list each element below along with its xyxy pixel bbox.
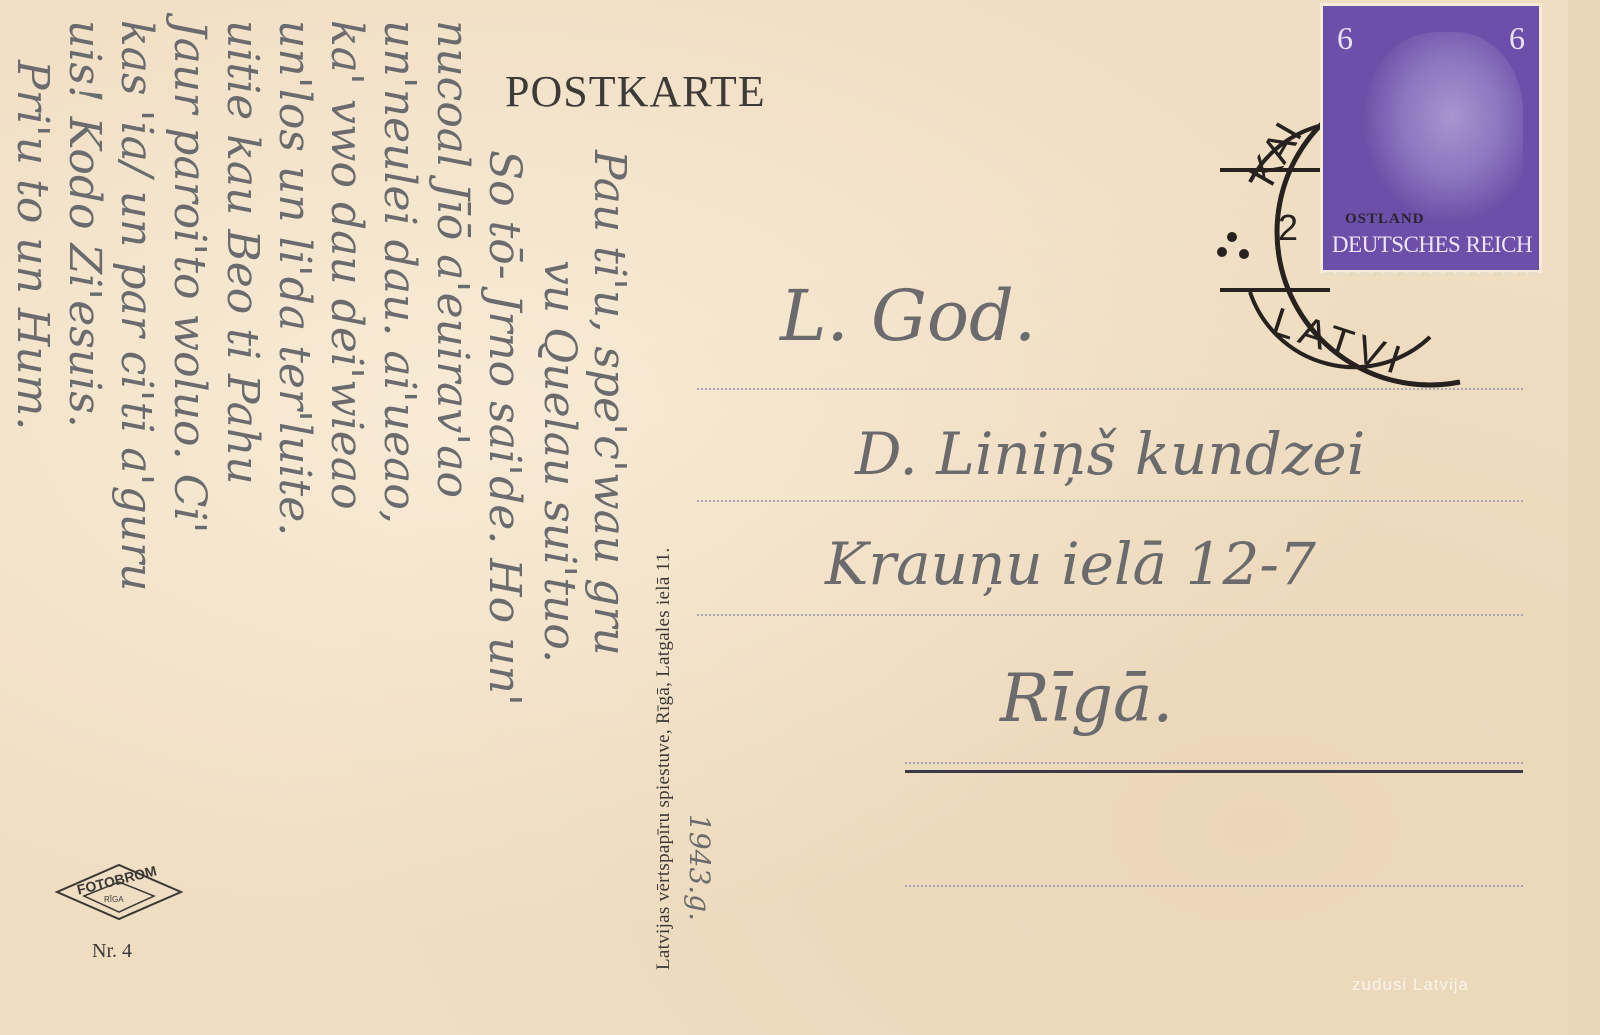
message-line: vu Quelau sui'tuo. — [534, 260, 585, 663]
stamp-value-right: 6 — [1509, 20, 1525, 57]
handwritten-date: 1943.g. — [683, 814, 716, 921]
message-line: Pri'u to un Hum. — [7, 60, 58, 430]
address-street: Krauņu ielā 12-7 — [825, 530, 1316, 598]
postmark-date: 2 — [1278, 207, 1298, 249]
publisher-logo: FOTOBROM RĪGA — [54, 862, 184, 922]
postcard-title: POSTKARTE — [505, 66, 766, 117]
stamp-perforation — [1323, 272, 1539, 282]
portrait-icon — [1363, 32, 1523, 222]
printer-imprint: Latvijas vērtspapīru spiestuve, Rīgā, La… — [653, 547, 675, 970]
stamp-value-left: 6 — [1337, 20, 1353, 57]
message-line: Pau ti'u, spe'c'wau gru — [584, 150, 635, 656]
postage-stamp: 6 6 OSTLAND DEUTSCHES REICH — [1323, 6, 1539, 270]
address-rule — [905, 762, 1523, 764]
message-line: nucoal Jīō a'euirav'ao — [427, 20, 478, 498]
message-line: kas 'ia/ un par ci'ti a'guru — [111, 20, 162, 592]
address-rule — [905, 885, 1523, 887]
address-recipient: D. Liniņš kundzei — [855, 420, 1365, 488]
message-line: Jaur paroi'to woluo. Ci' — [164, 20, 215, 534]
message-line: uitie kau Beo ti Pahu — [217, 20, 268, 485]
address-city: Rīgā. — [1000, 660, 1173, 737]
series-number: Nr. 4 — [92, 940, 132, 963]
message-line: uis! Kodo Zi'esuis. — [59, 20, 110, 428]
logo-city: RĪGA — [104, 895, 124, 904]
stamp-overprint: OSTLAND — [1345, 211, 1425, 228]
message-line: un'neulei dau. ai'ueao, — [374, 20, 425, 524]
address-rule — [697, 500, 1523, 502]
stamp-country: DEUTSCHES REICH — [1329, 232, 1535, 258]
address-underline — [905, 770, 1523, 773]
message-line: ka' vwo dau dei'wieao — [321, 20, 372, 510]
watermark: zudusi Latvija — [1352, 975, 1469, 995]
postcard-edge — [1568, 0, 1600, 1035]
address-salutation: L. God. — [780, 275, 1036, 357]
postcard: Pau ti'u, spe'c'wau gru vu Quelau sui'tu… — [0, 0, 1568, 1035]
address-rule — [697, 614, 1523, 616]
message-line: un'los un li'da ter'luite. — [269, 20, 320, 536]
message-line: So tō- Jrno sai'de. Ho un' — [479, 150, 530, 706]
